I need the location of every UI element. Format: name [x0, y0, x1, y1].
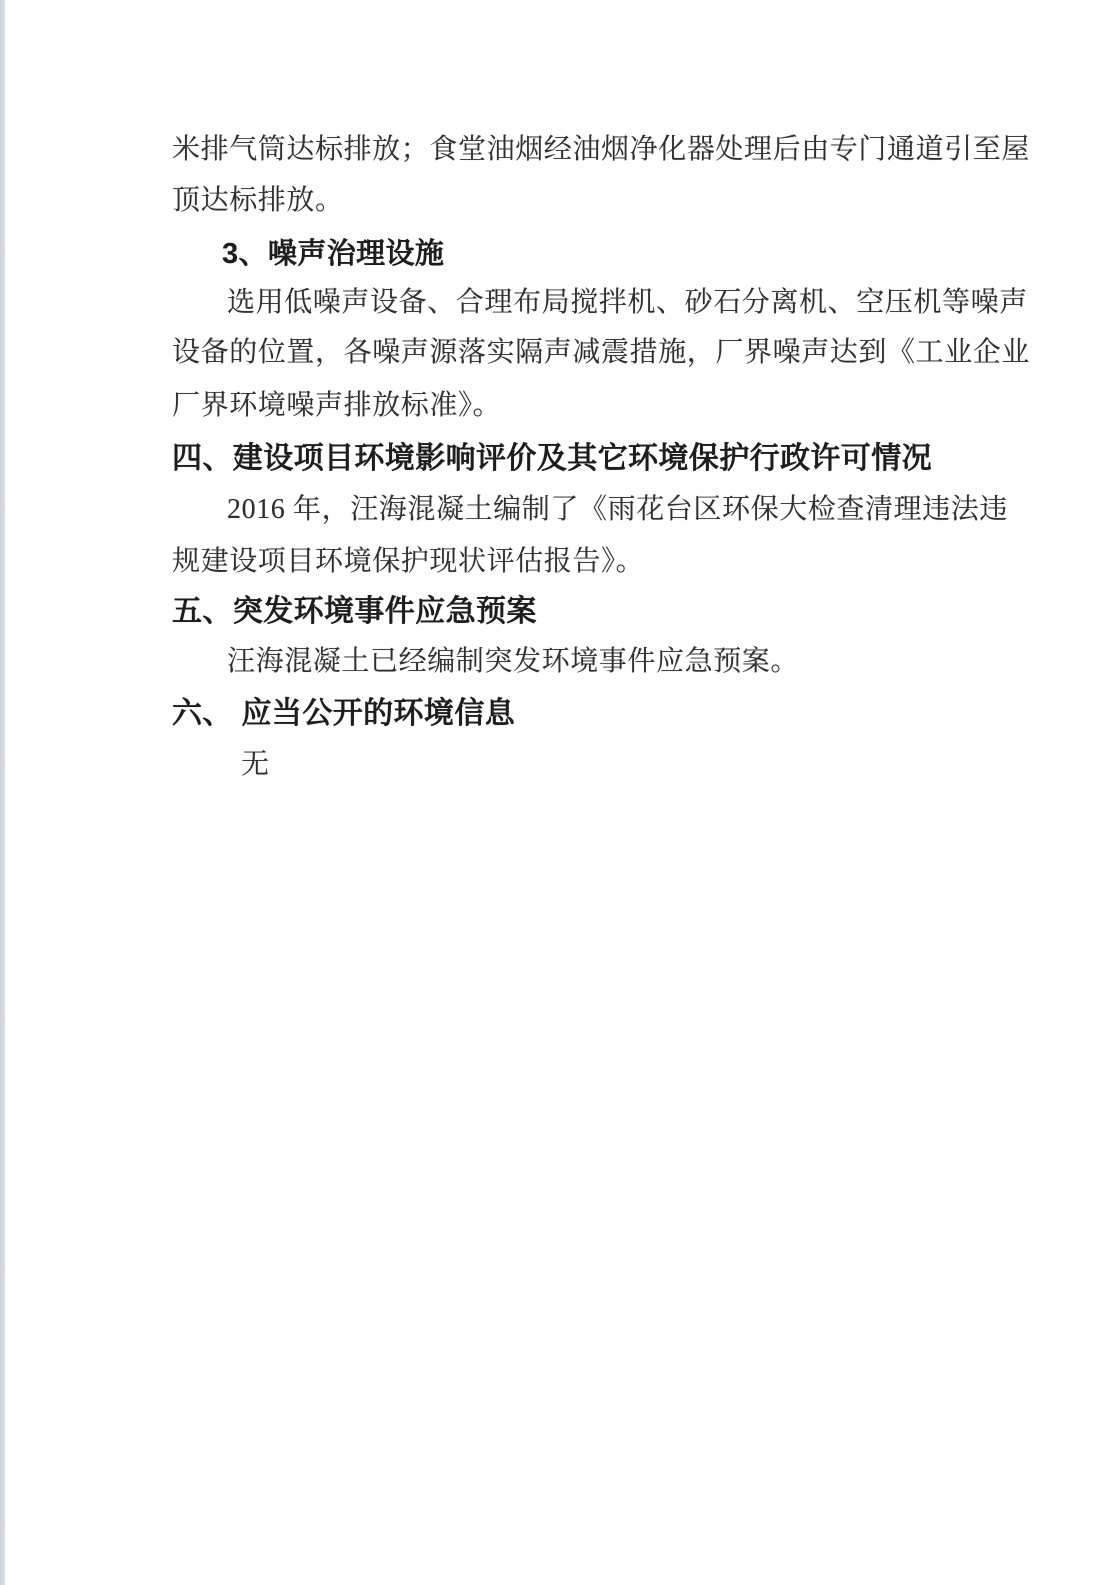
paragraph-line: 厂界环境噪声排放标准》。 — [172, 392, 501, 420]
paragraph-line: 选用低噪声设备、合理布局搅拌机、砂石分离机、空压机等噪声 — [227, 289, 1028, 317]
paragraph-line: 无 — [241, 751, 270, 779]
document-page: 米排气筒达标排放；食堂油烟经油烟净化器处理后由专门通道引至屋 顶达标排放。 3、… — [0, 0, 1104, 1585]
section-heading-4: 四、建设项目环境影响评价及其它环境保护行政许可情况 — [172, 444, 932, 474]
page-left-edge-shadow — [0, 0, 5, 1585]
paragraph-line: 米排气筒达标排放；食堂油烟经油烟净化器处理后由专门通道引至屋 — [172, 136, 1030, 164]
subsection-heading-3: 3、噪声治理设施 — [222, 240, 444, 269]
paragraph-line: 规建设项目环境保护现状评估报告》。 — [172, 548, 644, 576]
paragraph-line: 设备的位置，各噪声源落实隔声减震措施，厂界噪声达到《工业企业 — [172, 339, 1030, 367]
section-heading-6: 六、 应当公开的环境信息 — [172, 699, 515, 729]
paragraph-line: 汪海混凝土已经编制突发环境事件应急预案。 — [227, 648, 799, 676]
paragraph-line: 顶达标排放。 — [172, 187, 344, 215]
paragraph-line: 2016 年，汪海混凝土编制了《雨花台区环保大检查清理违法违 — [227, 496, 1008, 524]
section-heading-5: 五、突发环境事件应急预案 — [172, 597, 537, 627]
